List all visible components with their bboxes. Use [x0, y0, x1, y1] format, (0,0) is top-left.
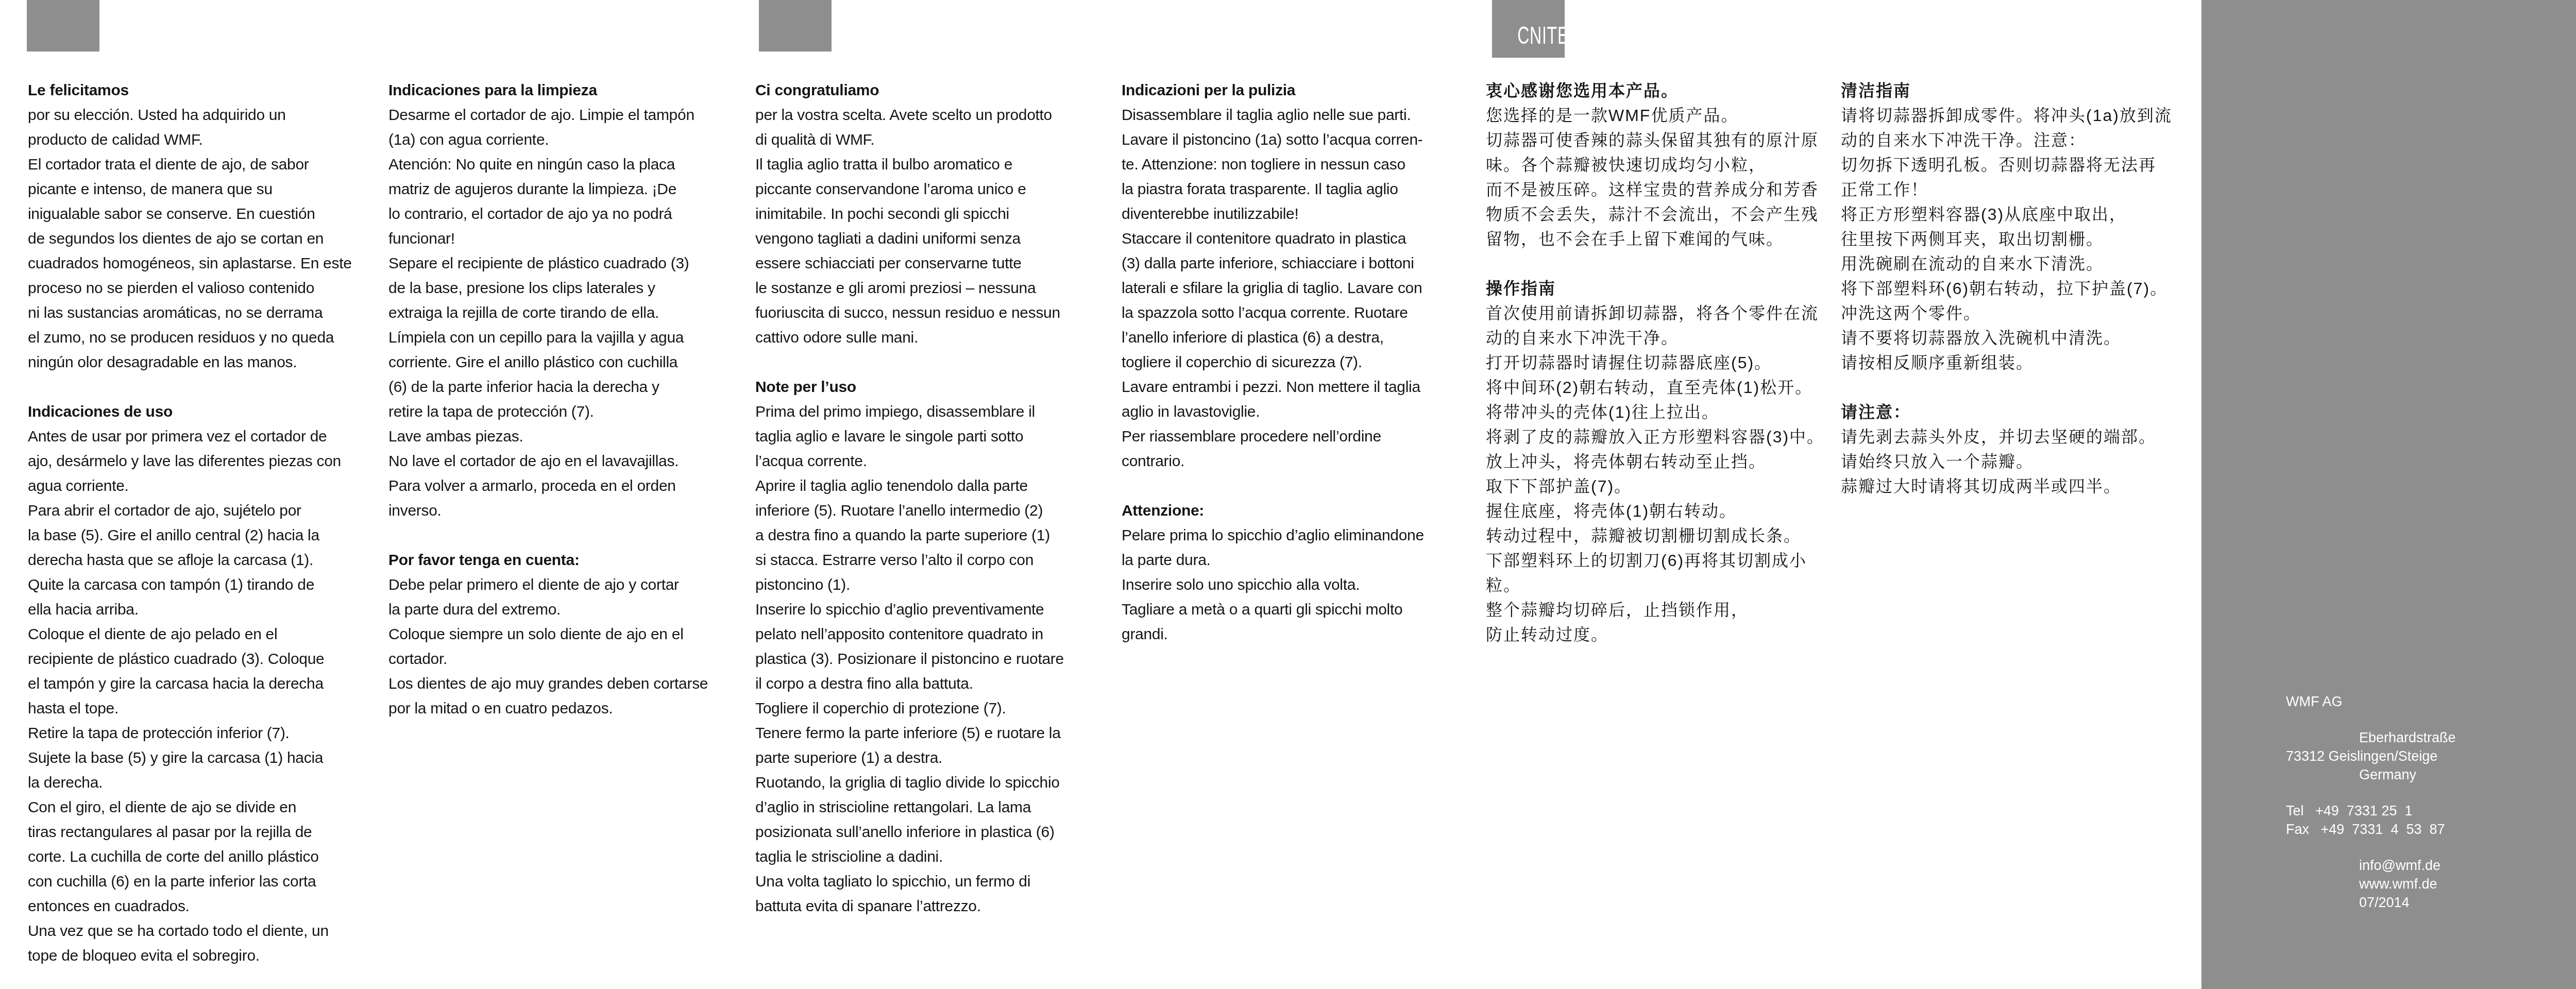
text-line: la derecha.: [28, 771, 352, 795]
text-line: Aprire il taglia aglio tenendolo dalla p…: [755, 474, 1064, 499]
text-line: producto de calidad WMF.: [28, 128, 352, 152]
contact-line: Eberhardstraße: [2286, 728, 2456, 747]
text-line: taglia aglio e lavare le singole parti s…: [755, 424, 1064, 449]
block-lines: Pelare prima lo spicchio d’aglio elimina…: [1122, 523, 1424, 647]
text-line: funcionar!: [388, 227, 708, 251]
text-block: Note per l’uso Prima del primo impiego, …: [755, 375, 1064, 919]
column-spanish-cleaning: Indicaciones para la limpieza Desarme el…: [388, 78, 708, 721]
block-heading: 操作指南: [1486, 276, 1824, 301]
text-line: Tenere fermo la parte inferiore (5) e ru…: [755, 721, 1064, 746]
text-line: el tampón y gire la carcasa hacia la der…: [28, 672, 352, 696]
text-line: 首次使用前请拆卸切蒜器，将各个零件在流: [1486, 301, 1824, 326]
block-heading: Attenzione:: [1122, 499, 1424, 523]
text-line: Antes de usar por primera vez el cortado…: [28, 424, 352, 449]
text-line: inimitabile. In pochi secondi gli spicch…: [755, 202, 1064, 227]
block-heading: Le felicitamos: [28, 78, 352, 103]
text-line: fuoriuscita di succo, nessun residuo e n…: [755, 301, 1064, 326]
text-block: 操作指南 首次使用前请拆卸切蒜器，将各个零件在流动的自来水下冲洗干净。打开切蒜器…: [1486, 276, 1824, 647]
text-line: Retire la tapa de protección inferior (7…: [28, 721, 352, 746]
text-line: inigualable sabor se conserve. En cuesti…: [28, 202, 352, 227]
text-line: contrario.: [1122, 449, 1424, 474]
text-block: Indicaciones de uso Antes de usar por pr…: [28, 400, 352, 968]
text-line: la spazzola sotto l’acqua corrente. Ruot…: [1122, 301, 1424, 326]
block-heading: Por favor tenga en cuenta:: [388, 548, 708, 573]
text-line: corriente. Gire el anillo plástico con c…: [388, 350, 708, 375]
block-lines: 请先剥去蒜头外皮，并切去坚硬的端部。请始终只放入一个蒜瓣。蒜瓣过大时请将其切成两…: [1841, 424, 2172, 499]
text-line: 切勿拆下透明孔板。否则切蒜器将无法再: [1841, 152, 2172, 177]
text-line: Staccare il contenitore quadrato in plas…: [1122, 227, 1424, 251]
text-line: l’acqua corrente.: [755, 449, 1064, 474]
text-line: 将带冲头的壳体(1)往上拉出。: [1486, 400, 1824, 424]
text-line: No lave el cortador de ajo en el lavavaj…: [388, 449, 708, 474]
contact-line: www.wmf.de: [2286, 875, 2456, 893]
text-line: derecha hasta que se afloje la carcasa (…: [28, 548, 352, 573]
text-line: ajo, desármelo y lave las diferentes pie…: [28, 449, 352, 474]
column-spanish-usage: Le felicitamos por su elección. Usted ha…: [28, 78, 352, 968]
text-line: 请将切蒜器拆卸成零件。将冲头(1a)放到流: [1841, 103, 2172, 128]
text-line: 留物，也不会在手上留下难闻的气味。: [1486, 227, 1824, 251]
contact-line: 07/2014: [2286, 893, 2456, 912]
text-line: 请始终只放入一个蒜瓣。: [1841, 449, 2172, 474]
text-line: 而不是被压碎。这样宝贵的营养成分和芳香: [1486, 177, 1824, 202]
text-line: 动的自来水下冲洗干净。注意：: [1841, 128, 2172, 152]
text-line: lo contrario, el cortador de ajo ya no p…: [388, 202, 708, 227]
text-line: tope de bloqueo evita el sobregiro.: [28, 944, 352, 968]
leaflet-page: { "page": { "cover_code": "CNITE", "colo…: [0, 0, 2576, 989]
text-line: Separe el recipiente de plástico cuadrad…: [388, 251, 708, 276]
text-line: 将中间环(2)朝右转动，直至壳体(1)松开。: [1486, 375, 1824, 400]
text-line: Para volver a armarlo, proceda en el ord…: [388, 474, 708, 499]
text-block: 清洁指南 请将切蒜器拆卸成零件。将冲头(1a)放到流动的自来水下冲洗干净。注意：…: [1841, 78, 2172, 375]
block-heading: Indicaciones de uso: [28, 400, 352, 424]
text-line: 取下下部护盖(7)。: [1486, 474, 1824, 499]
text-line: entonces en cuadrados.: [28, 894, 352, 919]
text-line: a destra fino a quando la parte superior…: [755, 523, 1064, 548]
text-line: cortador.: [388, 647, 708, 672]
text-line: con cuchilla (6) en la parte inferior la…: [28, 869, 352, 894]
text-line: 整个蒜瓣均切碎后，止挡锁作用，: [1486, 598, 1824, 622]
text-line: matriz de agujeros durante la limpieza. …: [388, 177, 708, 202]
text-block: 请注意： 请先剥去蒜头外皮，并切去坚硬的端部。请始终只放入一个蒜瓣。蒜瓣过大时请…: [1841, 400, 2172, 499]
text-line: pistoncino (1).: [755, 573, 1064, 598]
text-line: (6) de la parte inferior hacia la derech…: [388, 375, 708, 400]
text-line: el zumo, no se producen residuos y no qu…: [28, 326, 352, 350]
block-heading: 清洁指南: [1841, 78, 2172, 103]
text-line: 将正方形塑料容器(3)从底座中取出，: [1841, 202, 2172, 227]
block-lines: Desarme el cortador de ajo. Limpie el ta…: [388, 103, 708, 523]
text-line: retire la tapa de protección (7).: [388, 400, 708, 424]
text-line: 请不要将切蒜器放入洗碗机中清洗。: [1841, 326, 2172, 350]
text-block: Le felicitamos por su elección. Usted ha…: [28, 78, 352, 375]
text-line: piccante conservandone l’aroma unico e: [755, 177, 1064, 202]
text-block: Indicaciones para la limpieza Desarme el…: [388, 78, 708, 523]
text-line: por su elección. Usted ha adquirido un: [28, 103, 352, 128]
block-heading: Note per l’uso: [755, 375, 1064, 400]
contact-line: 73312 Geislingen/Steige: [2286, 747, 2456, 765]
text-line: la piastra forata trasparente. Il taglia…: [1122, 177, 1424, 202]
block-lines: per la vostra scelta. Avete scelto un pr…: [755, 103, 1064, 350]
text-line: hasta el tope.: [28, 696, 352, 721]
block-heading: Indicazioni per la pulizia: [1122, 78, 1424, 103]
column-italian-usage: Ci congratuliamo per la vostra scelta. A…: [755, 78, 1064, 919]
block-lines: Antes de usar por primera vez el cortado…: [28, 424, 352, 968]
text-line: 放上冲头，将壳体朝右转动至止挡。: [1486, 449, 1824, 474]
contact-line: Fax +49 7331 4 53 87: [2286, 820, 2456, 839]
contact-block: WMF AGEberhardstraße73312 Geislingen/Ste…: [2286, 692, 2456, 912]
text-line: per la vostra scelta. Avete scelto un pr…: [755, 103, 1064, 128]
text-line: inferiore (5). Ruotare l’anello intermed…: [755, 499, 1064, 523]
text-line: il corpo a destra fino alla battuta.: [755, 672, 1064, 696]
text-line: la parte dura.: [1122, 548, 1424, 573]
text-line: 请先剥去蒜头外皮，并切去坚硬的端部。: [1841, 424, 2172, 449]
block-heading: 请注意：: [1841, 400, 2172, 424]
text-line: 用洗碗刷在流动的自来水下清洗。: [1841, 251, 2172, 276]
text-line: 将下部塑料环(6)朝右转动，拉下护盖(7)。: [1841, 276, 2172, 301]
text-line: Coloque el diente de ajo pelado en el: [28, 622, 352, 647]
text-block: Ci congratuliamo per la vostra scelta. A…: [755, 78, 1064, 350]
text-line: Disassemblare il taglia aglio nelle sue …: [1122, 103, 1424, 128]
fold-mark: [27, 0, 99, 52]
text-line: (3) dalla parte inferiore, schiacciare i…: [1122, 251, 1424, 276]
brand-panel: W MF KnoblauchpresseGarlic slicerCoupe a…: [2201, 0, 2576, 989]
text-line: Inserire lo spicchio d’aglio preventivam…: [755, 598, 1064, 622]
text-line: 将剥了皮的蒜瓣放入正方形塑料容器(3)中。: [1486, 424, 1824, 449]
text-line: por la mitad o en cuatro pedazos.: [388, 696, 708, 721]
text-line: 物质不会丢失，蒜汁不会流出，不会产生残: [1486, 202, 1824, 227]
text-line: Con el giro, el diente de ajo se divide …: [28, 795, 352, 820]
text-line: extraiga la rejilla de corte tirando de …: [388, 301, 708, 326]
text-line: Pelare prima lo spicchio d’aglio elimina…: [1122, 523, 1424, 548]
text-line: si stacca. Estrarre verso l’alto il corp…: [755, 548, 1064, 573]
text-line: Prima del primo impiego, disassemblare i…: [755, 400, 1064, 424]
text-line: 握住底座，将壳体(1)朝右转动。: [1486, 499, 1824, 523]
text-line: Límpiela con un cepillo para la vajilla …: [388, 326, 708, 350]
text-line: te. Attenzione: non togliere in nessun c…: [1122, 152, 1424, 177]
text-line: 动的自来水下冲洗干净。: [1486, 326, 1824, 350]
text-line: togliere il coperchio di sicurezza (7).: [1122, 350, 1424, 375]
text-line: Il taglia aglio tratta il bulbo aromatic…: [755, 152, 1064, 177]
text-line: d’aglio in striscioline rettangolari. La…: [755, 795, 1064, 820]
text-line: Lavare il pistoncino (1a) sotto l’acqua …: [1122, 128, 1424, 152]
text-line: vengono tagliati a dadini uniformi senza: [755, 227, 1064, 251]
text-line: Tagliare a metà o a quarti gli spicchi m…: [1122, 598, 1424, 622]
text-line: taglia le striscioline a dadini.: [755, 845, 1064, 869]
text-line: 下部塑料环上的切割刀(6)再将其切割成小: [1486, 548, 1824, 573]
language-code-label: CNITE: [1517, 24, 1565, 48]
text-line: Sujete la base (5) y gire la carcasa (1)…: [28, 746, 352, 771]
text-line: 正常工作！: [1841, 177, 2172, 202]
text-line: Atención: No quite en ningún caso la pla…: [388, 152, 708, 177]
text-line: ningún olor desagradable en las manos.: [28, 350, 352, 375]
block-lines: 您选择的是一款WMF优质产品。切蒜器可使香辣的蒜头保留其独有的原汁原味。各个蒜瓣…: [1486, 103, 1824, 251]
text-line: pelato nell’apposito contenitore quadrat…: [755, 622, 1064, 647]
text-line: picante e intenso, de manera que su: [28, 177, 352, 202]
text-line: posizionata sull’anello inferiore in pla…: [755, 820, 1064, 845]
block-lines: por su elección. Usted ha adquirido unpr…: [28, 103, 352, 375]
text-line: agua corriente.: [28, 474, 352, 499]
text-line: la parte dura del extremo.: [388, 598, 708, 622]
text-line: cattivo odore sulle mani.: [755, 326, 1064, 350]
text-block: Attenzione: Pelare prima lo spicchio d’a…: [1122, 499, 1424, 647]
text-line: inverso.: [388, 499, 708, 523]
text-line: Desarme el cortador de ajo. Limpie el ta…: [388, 103, 708, 128]
language-code-tab: CNITE: [1492, 0, 1565, 58]
text-line: Una volta tagliato lo spicchio, un fermo…: [755, 869, 1064, 894]
text-line: 味。各个蒜瓣被快速切成均匀小粒，: [1486, 152, 1824, 177]
text-line: Para abrir el cortador de ajo, sujételo …: [28, 499, 352, 523]
text-line: 冲洗这两个零件。: [1841, 301, 2172, 326]
text-line: El cortador trata el diente de ajo, de s…: [28, 152, 352, 177]
block-heading: 衷心感谢您选用本产品。: [1486, 78, 1824, 103]
text-line: Togliere il coperchio di protezione (7).: [755, 696, 1064, 721]
text-line: 切蒜器可使香辣的蒜头保留其独有的原汁原: [1486, 128, 1824, 152]
text-line: di qualità di WMF.: [755, 128, 1064, 152]
text-line: Ruotando, la griglia di taglio divide lo…: [755, 771, 1064, 795]
text-line: Debe pelar primero el diente de ajo y co…: [388, 573, 708, 598]
block-lines: Debe pelar primero el diente de ajo y co…: [388, 573, 708, 721]
text-line: Quite la carcasa con tampón (1) tirando …: [28, 573, 352, 598]
text-line: tiras rectangulares al pasar por la reji…: [28, 820, 352, 845]
column-italian-cleaning: Indicazioni per la pulizia Disassemblare…: [1122, 78, 1424, 647]
text-line: la base (5). Gire el anillo central (2) …: [28, 523, 352, 548]
block-heading: Ci congratuliamo: [755, 78, 1064, 103]
text-block: 衷心感谢您选用本产品。 您选择的是一款WMF优质产品。切蒜器可使香辣的蒜头保留其…: [1486, 78, 1824, 251]
contact-line: Germany: [2286, 765, 2456, 784]
text-line: Lave ambas piezas.: [388, 424, 708, 449]
text-line: proceso no se pierden el valioso conteni…: [28, 276, 352, 301]
text-line: 转动过程中，蒜瓣被切割栅切割成长条。: [1486, 523, 1824, 548]
text-line: 请按相反顺序重新组装。: [1841, 350, 2172, 375]
text-line: cuadrados homogéneos, sin aplastarse. En…: [28, 251, 352, 276]
column-chinese-cleaning: 清洁指南 请将切蒜器拆卸成零件。将冲头(1a)放到流动的自来水下冲洗干净。注意：…: [1841, 78, 2172, 499]
block-lines: 首次使用前请拆卸切蒜器，将各个零件在流动的自来水下冲洗干净。打开切蒜器时请握住切…: [1486, 301, 1824, 647]
contact-line: Tel +49 7331 25 1: [2286, 802, 2456, 820]
text-line: 蒜瓣过大时请将其切成两半或四半。: [1841, 474, 2172, 499]
text-line: Una vez que se ha cortado todo el diente…: [28, 919, 352, 944]
text-line: de la base, presione los clips laterales…: [388, 276, 708, 301]
text-line: 您选择的是一款WMF优质产品。: [1486, 103, 1824, 128]
text-line: aglio in lavastoviglie.: [1122, 400, 1424, 424]
text-line: le sostanze e gli aromi preziosi – nessu…: [755, 276, 1064, 301]
text-line: (1a) con agua corriente.: [388, 128, 708, 152]
text-line: laterali e sfilare la griglia di taglio.…: [1122, 276, 1424, 301]
text-line: 粒。: [1486, 573, 1824, 598]
text-line: recipiente de plástico cuadrado (3). Col…: [28, 647, 352, 672]
text-line: plastica (3). Posizionare il pistoncino …: [755, 647, 1064, 672]
text-line: battuta evita di spanare l’attrezzo.: [755, 894, 1064, 919]
contact-line: info@wmf.de: [2286, 856, 2456, 875]
text-line: parte superiore (1) a destra.: [755, 746, 1064, 771]
text-line: de segundos los dientes de ajo se cortan…: [28, 227, 352, 251]
text-line: Coloque siempre un solo diente de ajo en…: [388, 622, 708, 647]
text-line: essere schiacciati per conservarne tutte: [755, 251, 1064, 276]
block-lines: Disassemblare il taglia aglio nelle sue …: [1122, 103, 1424, 474]
contact-line: WMF AG: [2286, 692, 2456, 711]
text-line: ni las sustancias aromáticas, no se derr…: [28, 301, 352, 326]
text-block: Por favor tenga en cuenta: Debe pelar pr…: [388, 548, 708, 721]
text-line: Per riassemblare procedere nell’ordine: [1122, 424, 1424, 449]
column-chinese-usage: 衷心感谢您选用本产品。 您选择的是一款WMF优质产品。切蒜器可使香辣的蒜头保留其…: [1486, 78, 1824, 647]
block-lines: 请将切蒜器拆卸成零件。将冲头(1a)放到流动的自来水下冲洗干净。注意：切勿拆下透…: [1841, 103, 2172, 375]
text-line: Los dientes de ajo muy grandes deben cor…: [388, 672, 708, 696]
text-line: 往里按下两侧耳夹，取出切割栅。: [1841, 227, 2172, 251]
text-line: diventerebbe inutilizzabile!: [1122, 202, 1424, 227]
text-line: Lavare entrambi i pezzi. Non mettere il …: [1122, 375, 1424, 400]
text-line: Inserire solo uno spicchio alla volta.: [1122, 573, 1424, 598]
block-heading: Indicaciones para la limpieza: [388, 78, 708, 103]
fold-mark: [759, 0, 832, 52]
text-line: 打开切蒜器时请握住切蒜器底座(5)。: [1486, 350, 1824, 375]
block-lines: Prima del primo impiego, disassemblare i…: [755, 400, 1064, 919]
text-line: corte. La cuchilla de corte del anillo p…: [28, 845, 352, 869]
text-line: ella hacia arriba.: [28, 598, 352, 622]
text-line: l’anello inferiore di plastica (6) a des…: [1122, 326, 1424, 350]
text-line: grandi.: [1122, 622, 1424, 647]
text-block: Indicazioni per la pulizia Disassemblare…: [1122, 78, 1424, 474]
text-line: 防止转动过度。: [1486, 622, 1824, 647]
